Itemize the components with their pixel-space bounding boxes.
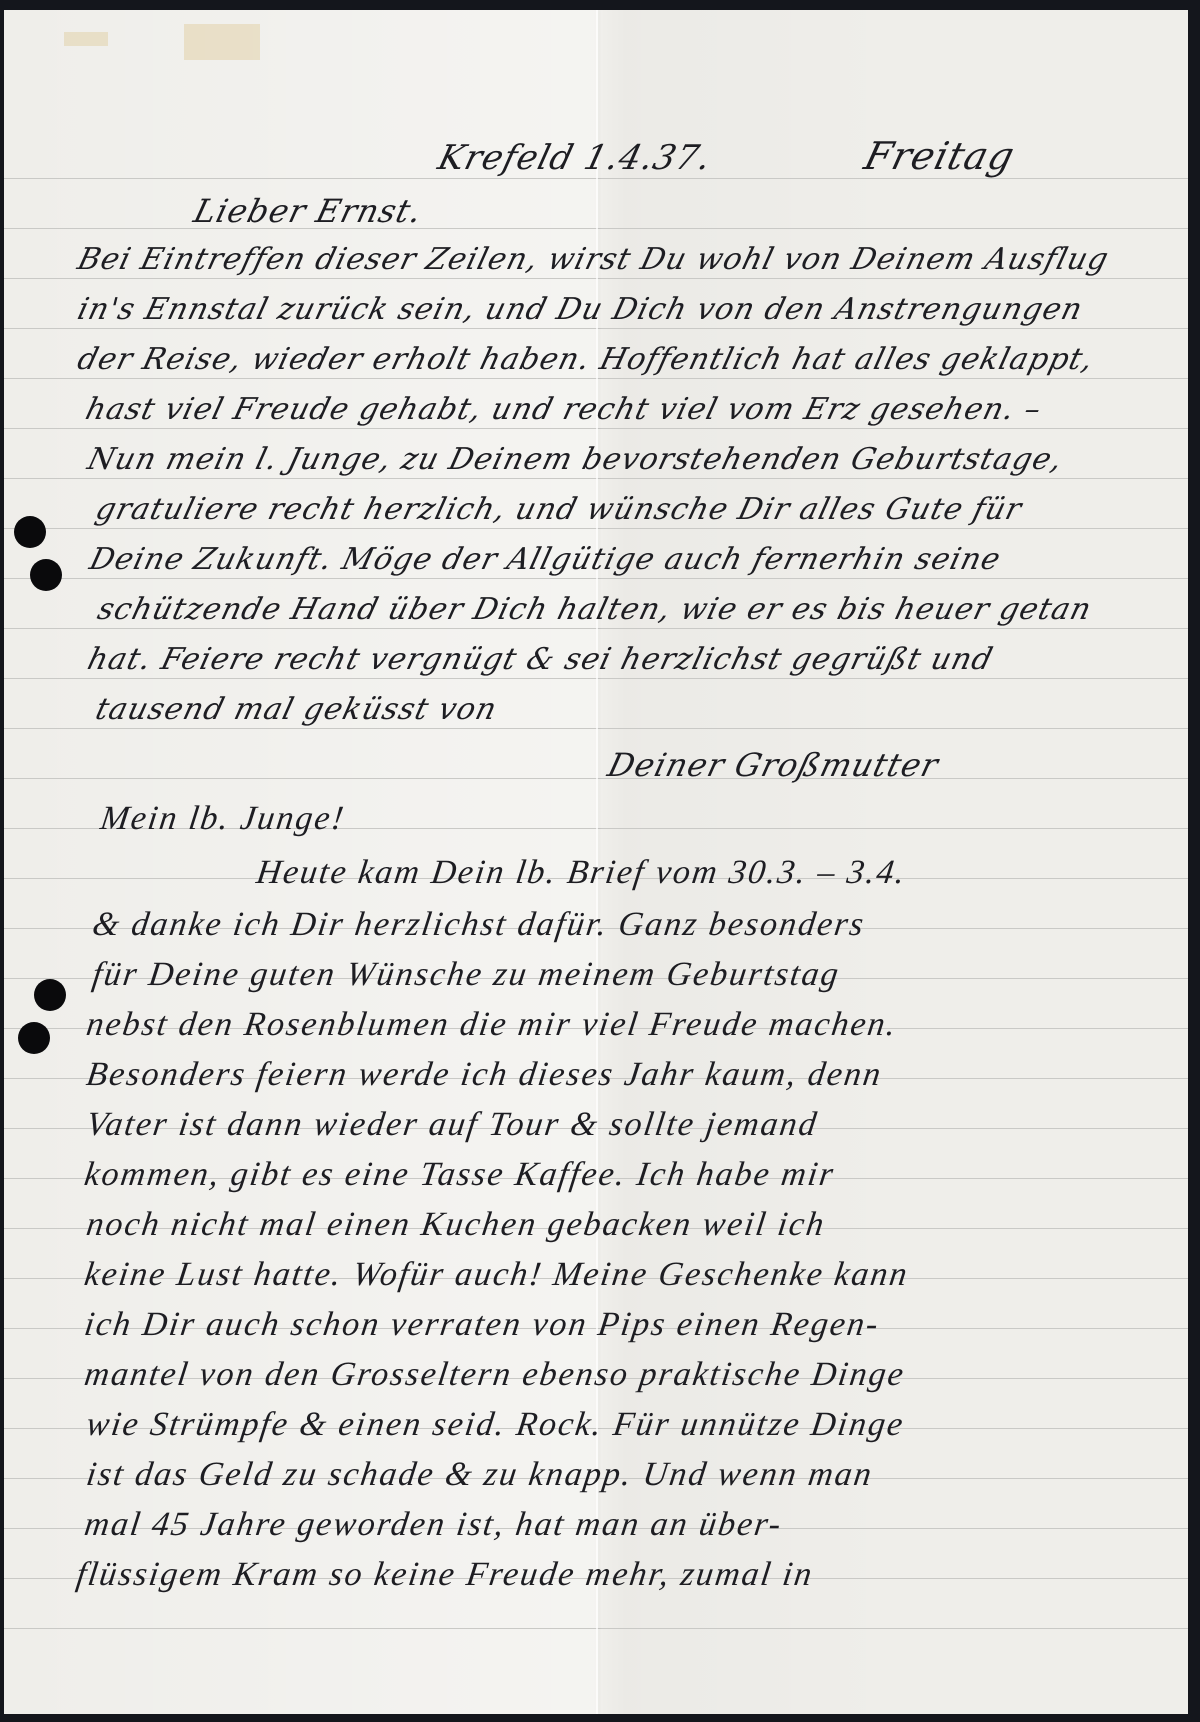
letter-1-line: hast viel Freude gehabt, und recht viel … <box>82 392 1045 427</box>
letter-1-line: schützende Hand über Dich halten, wie er… <box>94 592 1095 627</box>
letter-1-line: Bei Eintreffen dieser Zeilen, wirst Du w… <box>74 242 1113 277</box>
letter-2-line: ich Dir auch schon verraten von Pips ein… <box>82 1306 882 1344</box>
letter-2-line: flüssigem Kram so keine Freude mehr, zum… <box>74 1556 816 1594</box>
place-date: Krefeld 1.4.37. <box>434 138 716 178</box>
letter-1-line: hat. Feiere recht vergnügt & sei herzlic… <box>84 642 997 677</box>
letter-2-line: Heute kam Dein lb. Brief vom 30.3. – 3.4… <box>254 854 909 892</box>
letter-2-line: kommen, gibt es eine Tasse Kaffee. Ich h… <box>82 1156 837 1194</box>
letter-1-signature: Deiner Großmutter <box>604 746 943 784</box>
letter-1-line: Nun mein l. Junge, zu Deinem bevorstehen… <box>84 442 1067 477</box>
letter-2-line: ist das Geld zu schade & zu knapp. Und w… <box>84 1456 876 1494</box>
punch-hole <box>30 559 62 591</box>
punch-hole <box>34 979 66 1011</box>
letter-2-line: Besonders feiern werde ich dieses Jahr k… <box>84 1056 885 1094</box>
letter-2-line: für Deine guten Wünsche zu meinem Geburt… <box>90 956 842 994</box>
weekday: Freitag <box>860 134 1019 178</box>
letter-2-line: keine Lust hatte. Wofür auch! Meine Gesc… <box>82 1256 911 1294</box>
letter-1-line: tausend mal geküsst von <box>92 692 501 727</box>
letter-page: Krefeld 1.4.37. Freitag Lieber Ernst. Be… <box>4 10 1188 1714</box>
letter-2-salutation: Mein lb. Junge! <box>98 800 348 838</box>
letter-2-line: & danke ich Dir herzlichst dafür. Ganz b… <box>90 906 868 944</box>
letter-1-line: Deine Zukunft. Möge der Allgütige auch f… <box>86 542 1005 577</box>
punch-hole <box>14 516 46 548</box>
letter-1-line: in's Ennstal zurück sein, und Du Dich vo… <box>74 292 1087 327</box>
letter-2-line: wie Strümpfe & einen seid. Rock. Für unn… <box>84 1406 907 1444</box>
tape-remnant <box>64 32 108 46</box>
letter-1-line: gratuliere recht herzlich, und wünsche D… <box>92 492 1026 527</box>
punch-hole <box>18 1022 50 1054</box>
tape-remnant <box>184 24 260 60</box>
letter-2-line: Vater ist dann wieder auf Tour & sollte … <box>84 1106 820 1144</box>
letter-2-line: nebst den Rosenblumen die mir viel Freud… <box>84 1006 900 1044</box>
letter-1-line: der Reise, wieder erholt haben. Hoffentl… <box>74 342 1097 377</box>
letter-1-salutation: Lieber Ernst. <box>190 192 427 230</box>
scan-background: Krefeld 1.4.37. Freitag Lieber Ernst. Be… <box>0 0 1200 1722</box>
letter-2-line: noch nicht mal einen Kuchen gebacken wei… <box>84 1206 828 1244</box>
letter-2-line: mal 45 Jahre geworden ist, hat man an üb… <box>82 1506 785 1544</box>
letter-2-line: mantel von den Grosseltern ebenso prakti… <box>82 1356 907 1394</box>
